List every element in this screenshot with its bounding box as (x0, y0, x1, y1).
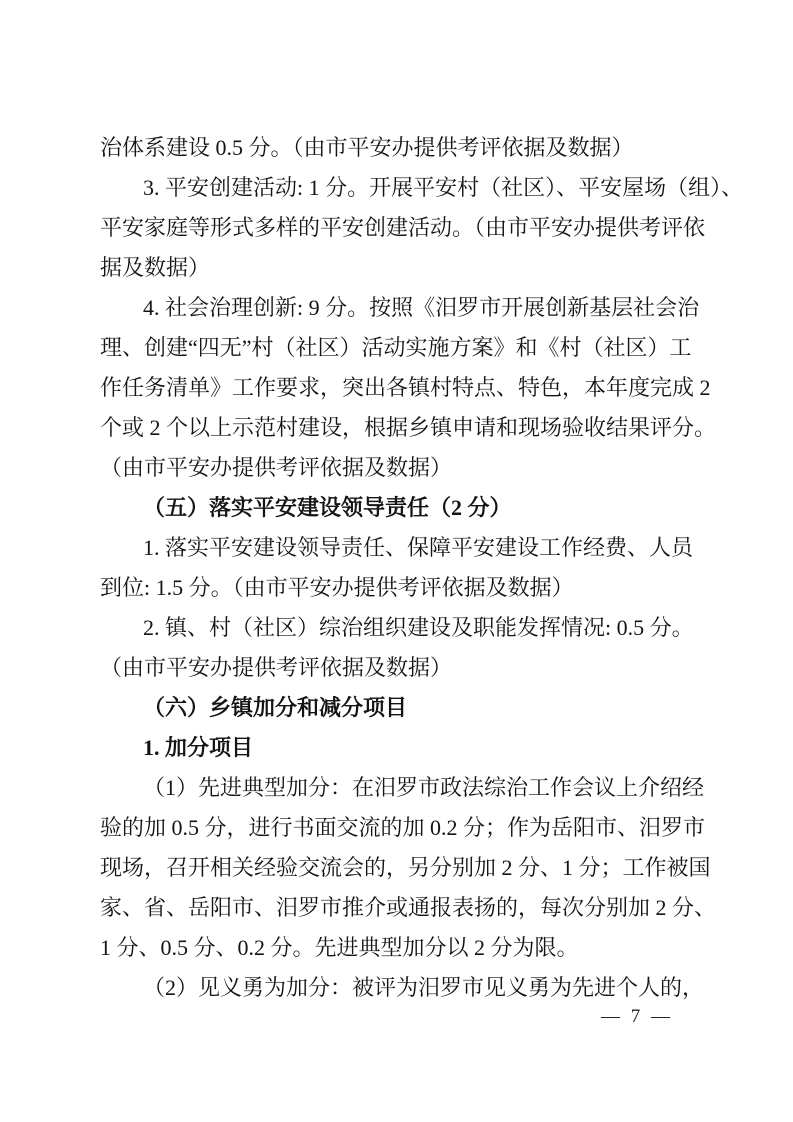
document-text-block: 治体系建设 0.5 分。（由市平安办提供考评依据及数据）3. 平安创建活动: 1… (100, 128, 696, 1008)
document-line: 4. 社会治理创新: 9 分。按照《汨罗市开展创新基层社会治 (100, 288, 696, 328)
document-line: 2. 镇、村（社区）综治组织建设及职能发挥情况: 0.5 分。 (100, 608, 696, 648)
document-line: 据及数据） (100, 248, 696, 288)
document-line: 1 分、0.5 分、0.2 分。先进典型加分以 2 分为限。 (100, 928, 696, 968)
document-line: 验的加 0.5 分，进行书面交流的加 0.2 分；作为岳阳市、汨罗市 (100, 808, 696, 848)
document-line: （由市平安办提供考评依据及数据） (100, 648, 696, 688)
document-line: 平安家庭等形式多样的平安创建活动。（由市平安办提供考评依 (100, 208, 696, 248)
document-line: 家、省、岳阳市、汨罗市推介或通报表扬的，每次分别加 2 分、 (100, 888, 696, 928)
document-line: 作任务清单》工作要求，突出各镇村特点、特色，本年度完成 2 (100, 368, 696, 408)
document-line: （六）乡镇加分和减分项目 (100, 688, 696, 728)
document-line: 现场，召开相关经验交流会的，另分别加 2 分、1 分；工作被国 (100, 848, 696, 888)
page-number: — 7 — (601, 1004, 673, 1030)
document-page: 治体系建设 0.5 分。（由市平安办提供考评依据及数据）3. 平安创建活动: 1… (0, 0, 793, 1122)
document-line: （2）见义勇为加分：被评为汨罗市见义勇为先进个人的， (100, 968, 696, 1008)
document-line: （1）先进典型加分：在汨罗市政法综治工作会议上介绍经 (100, 768, 696, 808)
document-line: 1. 落实平安建设领导责任、保障平安建设工作经费、人员 (100, 528, 696, 568)
document-line: 个或 2 个以上示范村建设，根据乡镇申请和现场验收结果评分。 (100, 408, 696, 448)
document-line: （五）落实平安建设领导责任（2 分） (100, 488, 696, 528)
document-line: 理、创建“四无”村（社区）活动实施方案》和《村（社区）工 (100, 328, 696, 368)
document-line: 治体系建设 0.5 分。（由市平安办提供考评依据及数据） (100, 128, 696, 168)
document-line: 1. 加分项目 (100, 728, 696, 768)
document-line: （由市平安办提供考评依据及数据） (100, 448, 696, 488)
document-line: 3. 平安创建活动: 1 分。开展平安村（社区）、平安屋场（组）、 (100, 168, 696, 208)
document-line: 到位: 1.5 分。（由市平安办提供考评依据及数据） (100, 568, 696, 608)
